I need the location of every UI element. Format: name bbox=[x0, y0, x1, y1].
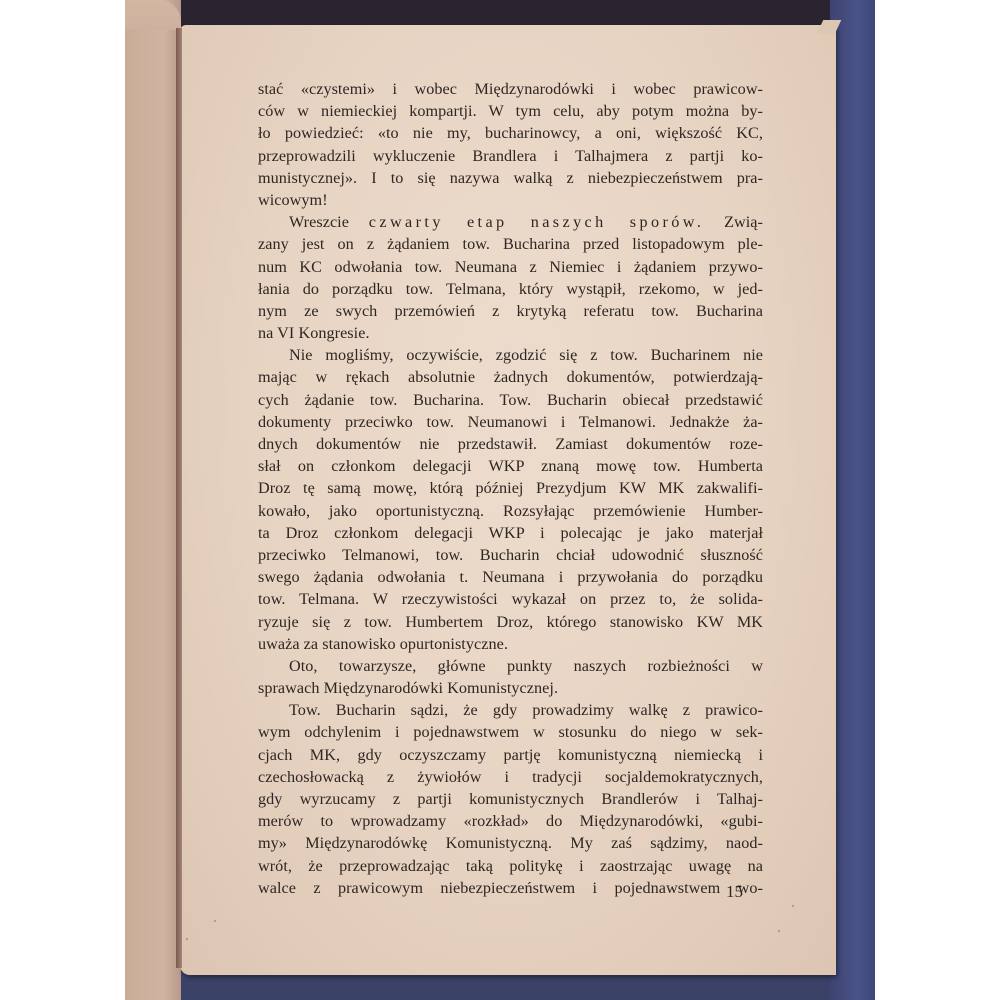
paper-speck bbox=[214, 920, 216, 922]
paper-speck bbox=[778, 930, 780, 932]
paper-speck bbox=[258, 162, 260, 164]
text-line: na VI Kongresie. bbox=[258, 322, 763, 344]
text-line: uważa za stanowisko opurtonistyczne. bbox=[258, 633, 763, 655]
text-line: ło powiedzieć: «to nie my, bucharinowcy,… bbox=[258, 122, 763, 144]
text-line: Tow. Bucharin sądzi, że gdy prowadzimy w… bbox=[258, 699, 763, 721]
text-line: gdy wyrzucamy z partji komunistycznych B… bbox=[258, 788, 763, 810]
text-line: merów to wprowadzamy «rozkład» do Między… bbox=[258, 810, 763, 832]
text-line: dokumenty przeciwko tow. Neumanowi i Tel… bbox=[258, 411, 763, 433]
text-line: Oto, towarzysze, główne punkty naszych r… bbox=[258, 655, 763, 677]
text-line: Droz tę samą mowę, którą później Prezydj… bbox=[258, 477, 763, 499]
text-line: cych żądanie tow. Bucharina. Tow. Buchar… bbox=[258, 389, 763, 411]
text-line: Nie mogliśmy, oczywiście, zgodzić się z … bbox=[258, 344, 763, 366]
text-line: ców w niemieckiej kompartji. W tym celu,… bbox=[258, 100, 763, 122]
text-line: stać «czystemi» i wobec Międzynarodówki … bbox=[258, 78, 763, 100]
text-line: my» Międzynarodówkę Komunistyczną. My za… bbox=[258, 832, 763, 854]
text-line: munistycznej». I to się nazywa walką z n… bbox=[258, 167, 763, 189]
paper-speck bbox=[186, 938, 188, 940]
text-line: walce z prawicowym niebezpieczeństwem i … bbox=[258, 877, 763, 899]
text-line: nym ze swych przemówień z krytyką refera… bbox=[258, 300, 763, 322]
text-line: ryzuje się z tow. Humbertem Droz, któreg… bbox=[258, 611, 763, 633]
text-line: wicowym! bbox=[258, 189, 763, 211]
text-line: wym odchylenim i pojednawstwem w stosunk… bbox=[258, 721, 763, 743]
text-line: słał on członkom delegacji WKP znaną mow… bbox=[258, 455, 763, 477]
text-line: zany jest on z żądaniem tow. Bucharina p… bbox=[258, 233, 763, 255]
text-line: dnych dokumentów nie przedstawił. Zamias… bbox=[258, 433, 763, 455]
left-facing-page-edge bbox=[125, 0, 181, 1000]
text-line: tow. Telmana. W rzeczywistości wykazał o… bbox=[258, 588, 763, 610]
page-number: 15 bbox=[726, 882, 743, 902]
text-line: cjach MK, gdy oczyszczamy partję komunis… bbox=[258, 744, 763, 766]
lead-tail-text: Zwią- bbox=[704, 213, 763, 231]
text-line: łania do porządku tow. Telmana, który wy… bbox=[258, 278, 763, 300]
dark-cloth-edge bbox=[830, 0, 875, 1000]
text-line: przeprowadzili wykluczenie Brandlera i T… bbox=[258, 145, 763, 167]
left-page-top-corner bbox=[125, 0, 181, 30]
text-line: mając w rękach absolutnie żadnych dokume… bbox=[258, 366, 763, 388]
text-line: przeciwko Telmanowi, tow. Bucharin chcia… bbox=[258, 544, 763, 566]
paper-speck bbox=[792, 905, 794, 907]
lead-text: Wreszcie bbox=[289, 213, 369, 231]
text-line-with-emphasis: Wreszcie czwarty etap naszych sporów. Zw… bbox=[258, 211, 763, 233]
text-line: sprawach Międzynarodówki Komunistycznej. bbox=[258, 677, 763, 699]
book-gutter bbox=[176, 28, 182, 968]
text-line: czechosłowacką z żywiołów i tradycji soc… bbox=[258, 766, 763, 788]
text-line: swego żądania odwołania t. Neumana i prz… bbox=[258, 566, 763, 588]
page-text-block: stać «czystemi» i wobec Międzynarodówki … bbox=[258, 78, 763, 899]
spaced-emphasis: czwarty etap naszych sporów. bbox=[369, 213, 704, 231]
text-line: kowało, jako oportunistyczną. Rozsyłając… bbox=[258, 500, 763, 522]
text-line: ta Droz członkom delegacji WKP i polecaj… bbox=[258, 522, 763, 544]
text-line: num KC odwołania tow. Neumana z Niemiec … bbox=[258, 256, 763, 278]
text-line: wrót, że przeprowadzając taką politykę i… bbox=[258, 855, 763, 877]
